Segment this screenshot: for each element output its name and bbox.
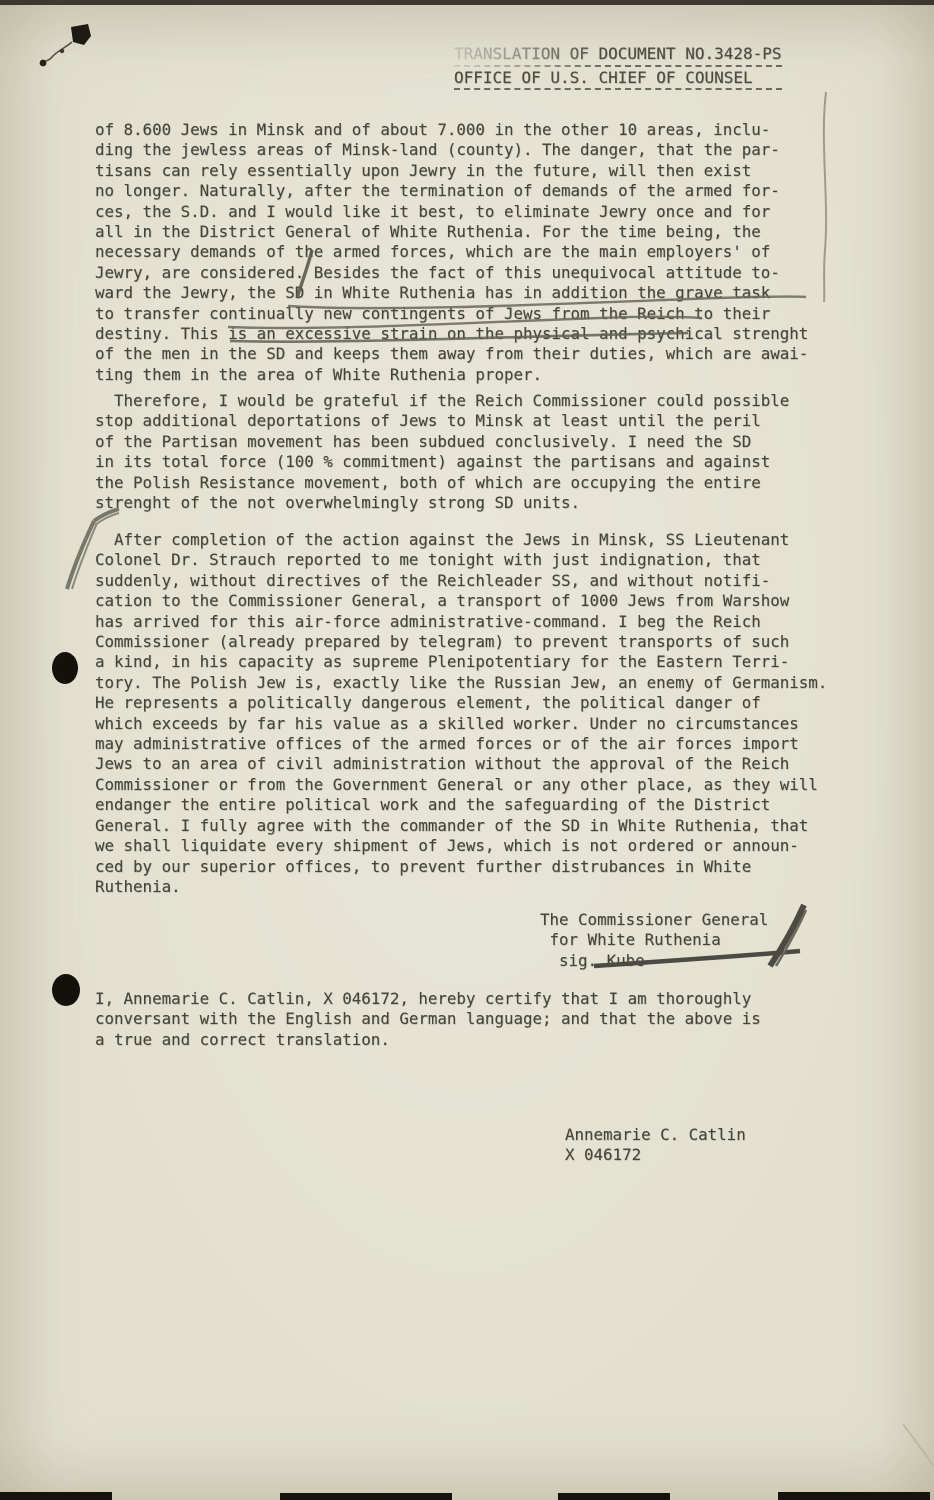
- header-title-line: TRANSLATION OF DOCUMENT NO.3428-PS: [454, 43, 782, 67]
- document-header: TRANSLATION OF DOCUMENT NO.3428-PS OFFIC…: [454, 43, 782, 90]
- body-paragraph-3: After completion of the action against t…: [95, 530, 827, 897]
- translator-name-block: Annemarie C. Catlin X 046172: [565, 1125, 746, 1166]
- header-office-line: OFFICE OF U.S. CHIEF OF COUNSEL: [454, 67, 782, 91]
- body-paragraph-1: of 8.600 Jews in Minsk and of about 7.00…: [95, 120, 808, 385]
- certification-paragraph: I, Annemarie C. Catlin, X 046172, hereby…: [95, 989, 761, 1050]
- signature-block: The Commissioner General for White Ruthe…: [540, 910, 768, 971]
- body-paragraph-2: Therefore, I would be grateful if the Re…: [95, 391, 789, 513]
